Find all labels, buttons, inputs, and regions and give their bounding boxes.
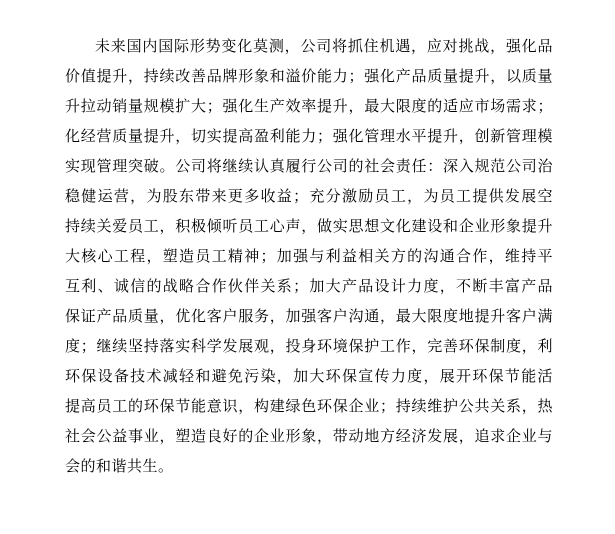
text-line: 度；继续坚持落实科学发展观，投身环境保护工作，完善环保制度，利用	[65, 332, 553, 362]
text-line: 化经营质量提升，切实提高盈利能力；强化管理水平提升，创新管理模式，	[65, 122, 553, 152]
text-line: 升拉动销量规模扩大；强化生产效率提升，最大限度的适应市场需求；强	[65, 92, 553, 122]
body-paragraph: 未来国内国际形势变化莫测，公司将抓住机遇，应对挑战，强化品牌价值提升，持续改善品…	[65, 32, 553, 482]
text-line: 实现管理突破。公司将继续认真履行公司的社会责任：深入规范公司治理，	[65, 152, 553, 182]
text-line: 互利、诚信的战略合作伙伴关系；加大产品设计力度，不断丰富产品线，	[65, 272, 553, 302]
text-line: 持续关爱员工，积极倾听员工心声，做实思想文化建设和企业形象提升两	[65, 212, 553, 242]
text-line: 提高员工的环保节能意识，构建绿色环保企业；持续维护公共关系，热忱	[65, 392, 553, 422]
text-line: 大核心工程，塑造员工精神；加强与利益相关方的沟通合作，维持平等、	[65, 242, 553, 272]
text-line: 稳健运营，为股东带来更多收益；充分激励员工，为员工提供发展空间，	[65, 182, 553, 212]
text-line: 社会公益事业，塑造良好的企业形象，带动地方经济发展，追求企业与社	[65, 422, 553, 452]
text-line: 环保设备技术减轻和避免污染，加大环保宣传力度，展开环保节能活动，	[65, 362, 553, 392]
text-line: 未来国内国际形势变化莫测，公司将抓住机遇，应对挑战，强化品牌	[65, 32, 553, 62]
text-line: 价值提升，持续改善品牌形象和溢价能力；强化产品质量提升，以质量提	[65, 62, 553, 92]
text-line: 会的和谐共生。	[65, 452, 553, 482]
document-page: 未来国内国际形势变化莫测，公司将抓住机遇，应对挑战，强化品牌价值提升，持续改善品…	[0, 0, 615, 534]
text-line: 保证产品质量，优化客户服务，加强客户沟通，最大限度地提升客户满意	[65, 302, 553, 332]
